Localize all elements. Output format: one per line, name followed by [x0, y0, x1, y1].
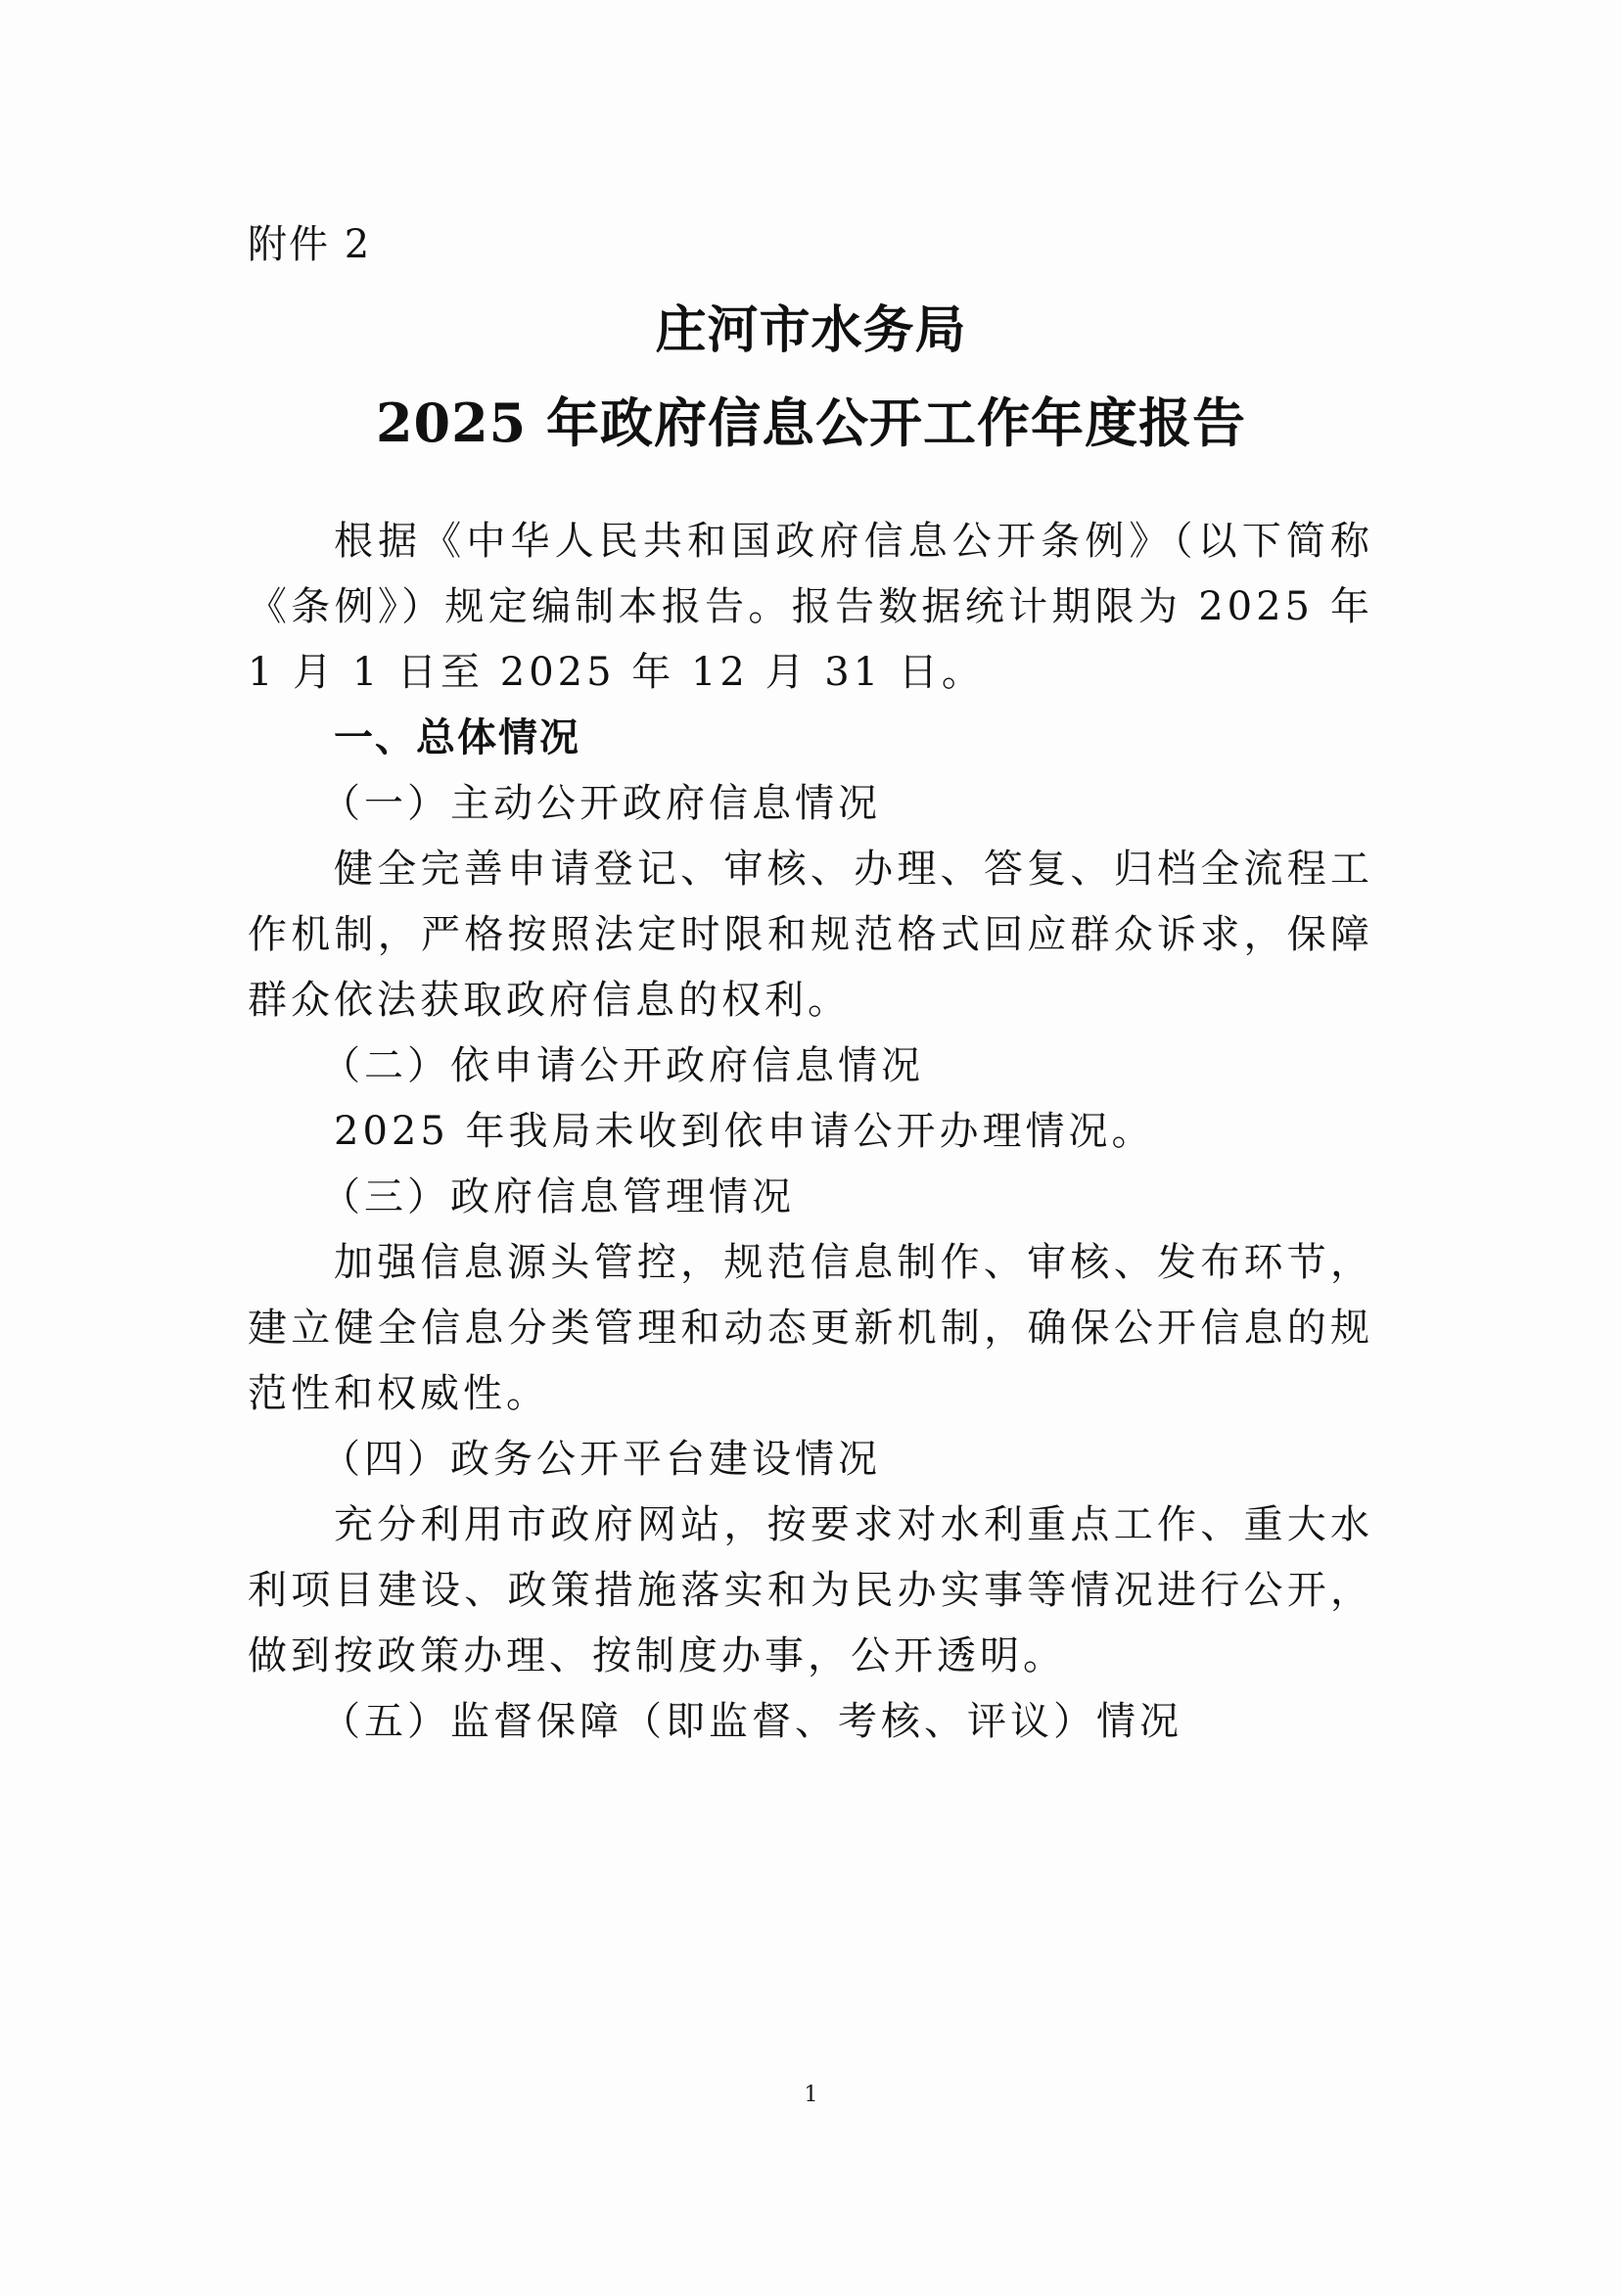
- subsection-text-info-management: 加强信息源头管控，规范信息制作、审核、发布环节，建立健全信息分类管理和动态更新机…: [248, 1230, 1373, 1427]
- document-body: 根据《中华人民共和国政府信息公开条例》（以下简称《条例》）规定编制本报告。报告数…: [248, 509, 1373, 1755]
- subsection-heading-proactive: （一）主动公开政府信息情况: [248, 771, 1373, 837]
- document-page: 附件 2 庄河市水务局 2025 年政府信息公开工作年度报告 根据《中华人民共和…: [0, 0, 1622, 2296]
- attachment-label: 附件 2: [248, 213, 371, 269]
- report-title-agency: 庄河市水务局: [0, 289, 1622, 362]
- subsection-text-platform: 充分利用市政府网站，按要求对水利重点工作、重大水利项目建设、政策措施落实和为民办…: [248, 1492, 1373, 1689]
- subsection-heading-platform: （四）政务公开平台建设情况: [248, 1427, 1373, 1492]
- intro-paragraph: 根据《中华人民共和国政府信息公开条例》（以下简称《条例》）规定编制本报告。报告数…: [248, 509, 1373, 706]
- section-heading-overview: 一、总体情况: [248, 706, 1373, 771]
- subsection-text-on-request: 2025 年我局未收到依申请公开办理情况。: [248, 1099, 1373, 1165]
- subsection-text-proactive: 健全完善申请登记、审核、办理、答复、归档全流程工作机制，严格按照法定时限和规范格…: [248, 837, 1373, 1033]
- report-title-main: 2025 年政府信息公开工作年度报告: [0, 382, 1622, 457]
- subsection-heading-info-management: （三）政府信息管理情况: [248, 1165, 1373, 1230]
- page-number: 1: [0, 2083, 1622, 2107]
- subsection-heading-supervision: （五）监督保障（即监督、考核、评议）情况: [248, 1689, 1373, 1755]
- subsection-heading-on-request: （二）依申请公开政府信息情况: [248, 1033, 1373, 1099]
